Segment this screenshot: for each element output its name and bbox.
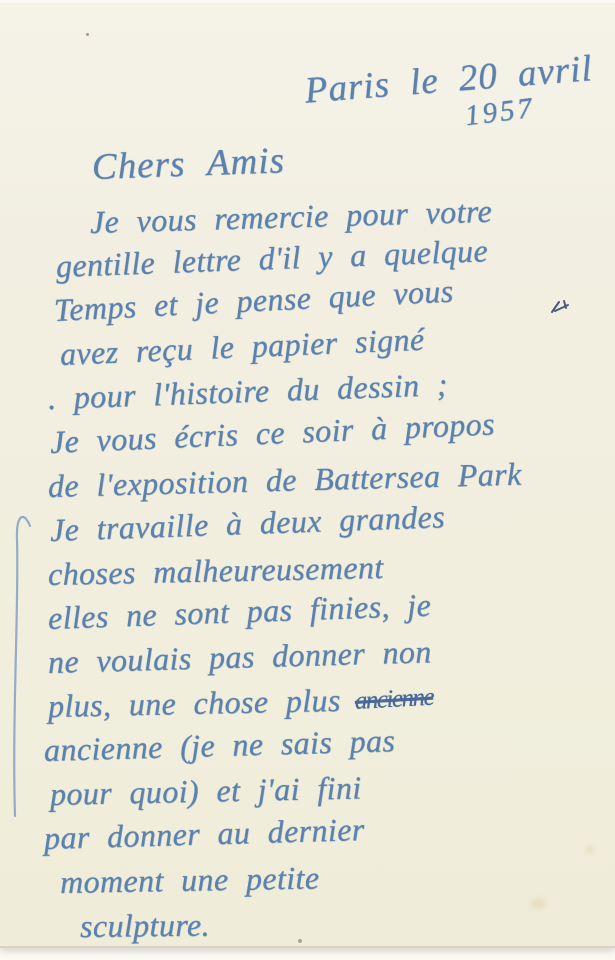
letter-body: Je vous remercie pour votregentille lett… [48, 200, 613, 948]
letter-line-text: pour quoi) et j'ai fini [50, 769, 362, 812]
letter-line-text: ancienne (je ne sais pas [43, 722, 395, 768]
letter-line-text: sculpture. [80, 907, 210, 944]
letter-line-text: par donner au dernier [43, 811, 365, 856]
letter-line-text: plus, une chose plus [48, 682, 341, 724]
paper-speck [298, 939, 302, 943]
salutation: Chers Amis [91, 139, 285, 189]
paper-speck [86, 33, 89, 36]
foxing-spot [530, 898, 546, 909]
ink-correction-mark [550, 299, 572, 317]
scan-background: Paris le 20 avril 1957 Chers Amis Je vou… [0, 0, 615, 960]
foxing-spot [585, 846, 594, 854]
letter-line-text: Je travaille à deux grandes [49, 498, 445, 548]
margin-line-stroke [5, 508, 45, 830]
dateline-year: 1957 [463, 92, 536, 133]
letter-line-text: ne voulais pas donner non [47, 633, 432, 680]
letter-line-text: elles ne sont pas finies, je [47, 587, 431, 636]
dateline-place: Paris le 20 avril [304, 47, 595, 113]
letter-line-text: moment une petite [60, 859, 320, 900]
letter-line: moment une petite [60, 850, 614, 904]
letter-sheet: Paris le 20 avril 1957 Chers Amis Je vou… [0, 3, 615, 946]
